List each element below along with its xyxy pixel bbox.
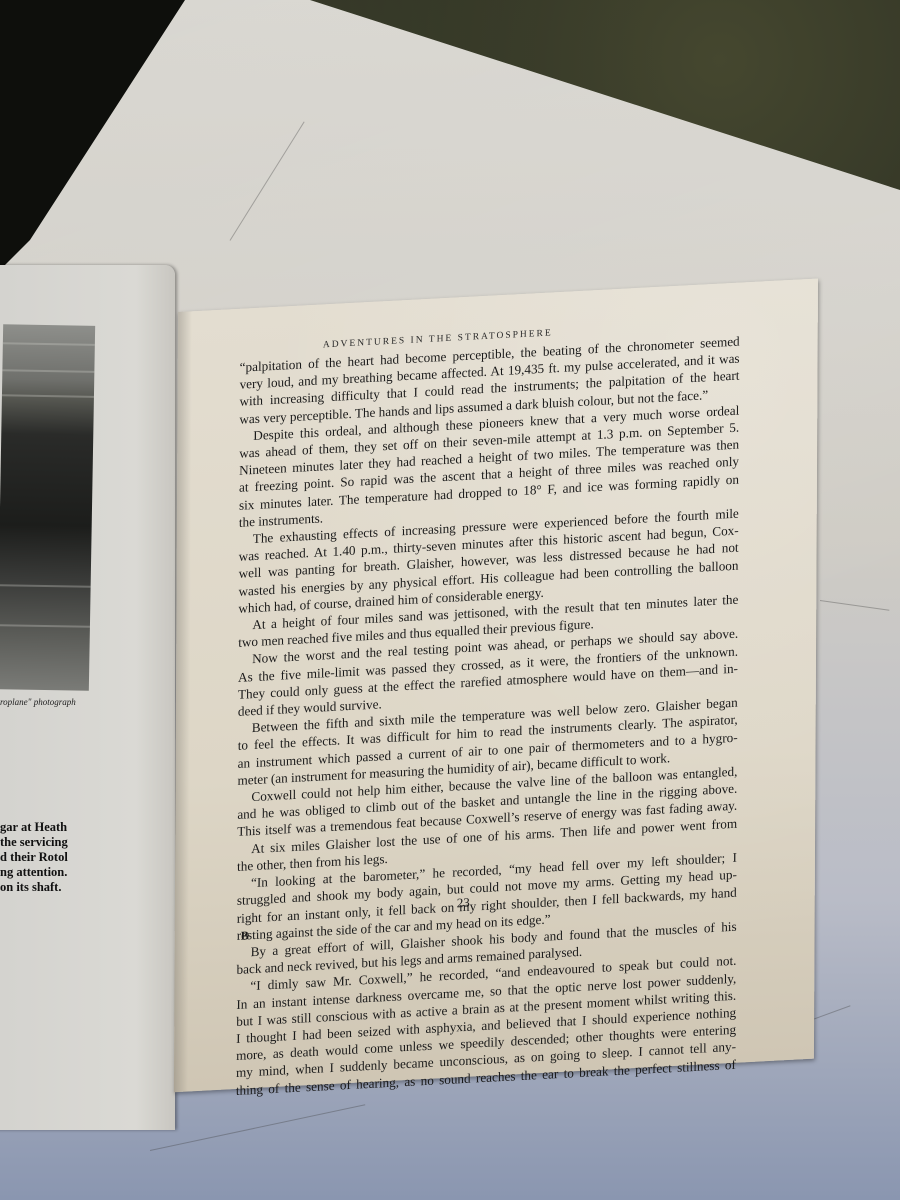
left-page-text: gar at Heaththe servicingd their Rotolng… xyxy=(0,820,68,895)
photo-caption: roplane" photograph xyxy=(0,697,76,707)
left-book-page: roplane" photograph gar at Heaththe serv… xyxy=(0,265,175,1130)
left-text-line: d their Rotol xyxy=(0,850,68,865)
signature-mark: B xyxy=(241,928,249,943)
left-text-line: gar at Heath xyxy=(0,820,68,835)
right-book-page: ADVENTURES IN THE STRATOSPHERE “palpitat… xyxy=(174,278,818,1092)
left-text-line: ng attention. xyxy=(0,865,68,880)
aeroplane-photograph xyxy=(0,324,95,691)
left-text-line: the servicing xyxy=(0,835,68,850)
left-text-line: on its shaft. xyxy=(0,880,68,895)
page-body-text: “palpitation of the heart had become per… xyxy=(236,333,740,1099)
page-number: 23 xyxy=(457,895,470,912)
page-gutter-shadow xyxy=(174,311,192,1092)
